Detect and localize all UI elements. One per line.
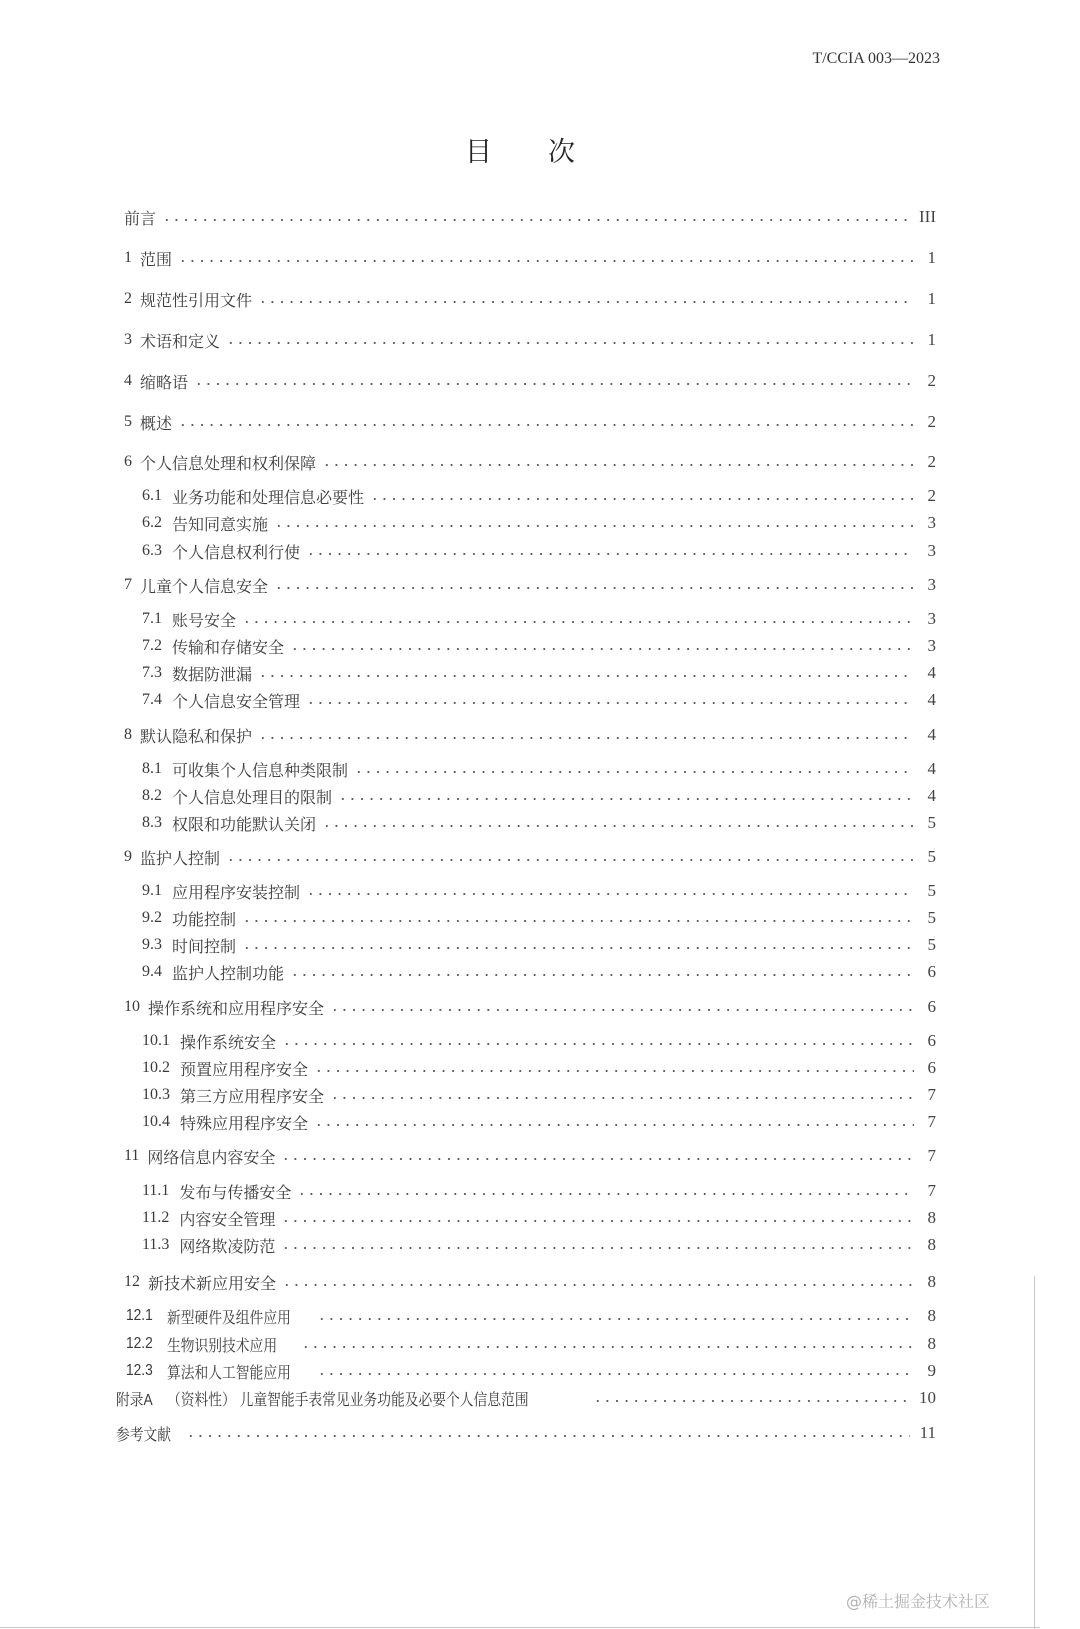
dot-leader xyxy=(186,1435,910,1437)
toc-entry[interactable]: 8.1可收集个人信息种类限制4 xyxy=(142,757,936,781)
toc-entry[interactable]: 8.3权限和功能默认关闭5 xyxy=(142,811,936,835)
dot-leader xyxy=(178,260,914,262)
toc-entry-label: 传输和存储安全 xyxy=(172,635,284,658)
toc-entry-number: 10.4 xyxy=(142,1113,170,1131)
toc-entry-number: 12.3 xyxy=(126,1362,153,1380)
toc-entry-label: 预置应用程序安全 xyxy=(180,1057,308,1080)
divider xyxy=(1034,1276,1035,1629)
toc-entry[interactable]: 11网络信息内容安全7 xyxy=(124,1144,936,1168)
dot-leader xyxy=(370,498,914,500)
dot-leader xyxy=(306,553,914,555)
document-page: T/CCIA 003—2023 目次 前言III1范围12规范性引用文件13术语… xyxy=(0,0,1040,1629)
toc-entry[interactable]: 9.3时间控制5 xyxy=(142,933,936,957)
dot-leader xyxy=(281,1158,914,1160)
toc-entry-number: 10 xyxy=(124,998,140,1016)
toc-entry-page: 5 xyxy=(924,813,936,833)
toc-entry-page: 6 xyxy=(924,1058,936,1078)
toc-entry-page: 6 xyxy=(924,1031,936,1051)
toc-entry-number: 10.2 xyxy=(142,1059,170,1077)
dot-leader xyxy=(290,648,914,650)
toc-entry[interactable]: 10.4特殊应用程序安全7 xyxy=(142,1110,936,1134)
toc-entry-number: 附录A xyxy=(116,1387,153,1410)
toc-entry-label: 数据防泄漏 xyxy=(172,662,252,685)
dot-leader xyxy=(322,825,914,827)
toc-entry-page: 2 xyxy=(924,412,936,432)
toc-entry[interactable]: 11.2内容安全管理8 xyxy=(142,1206,936,1230)
dot-leader xyxy=(226,342,914,344)
toc-entry-label: 参考文献 xyxy=(116,1422,171,1445)
toc-entry[interactable]: 5概述2 xyxy=(124,410,936,434)
dot-leader xyxy=(274,587,914,589)
toc-entry[interactable]: 1范围1 xyxy=(124,246,936,270)
toc-entry-label: 前言 xyxy=(124,206,156,229)
toc-entry-label: 新技术新应用安全 xyxy=(148,1271,276,1294)
toc-entry-label: 个人信息处理目的限制 xyxy=(172,785,332,808)
toc-entry-page: 7 xyxy=(924,1085,936,1105)
toc-entry-number: 9.1 xyxy=(142,882,162,900)
dot-leader xyxy=(301,1346,914,1348)
dot-leader xyxy=(258,301,914,303)
toc-entry-label: 应用程序安装控制 xyxy=(172,880,300,903)
toc-entry[interactable]: 6.1业务功能和处理信息必要性2 xyxy=(142,484,936,508)
toc-entry-page: 7 xyxy=(924,1181,936,1201)
toc-entry[interactable]: 7.4个人信息安全管理4 xyxy=(142,688,936,712)
toc-entry-page: 4 xyxy=(924,725,936,745)
toc-entry-page: 8 xyxy=(924,1235,936,1255)
watermark: @稀土掘金技术社区 xyxy=(846,1589,990,1612)
toc-entry-label: 可收集个人信息种类限制 xyxy=(172,758,348,781)
toc-entry-page: 5 xyxy=(924,935,936,955)
toc-entry-label: 算法和人工智能应用 xyxy=(167,1360,291,1383)
dot-leader xyxy=(290,974,914,976)
toc-entry-page: 3 xyxy=(924,513,936,533)
dot-leader xyxy=(322,464,914,466)
dot-leader xyxy=(162,219,909,221)
toc-entry-label: 网络欺凌防范 xyxy=(179,1234,275,1257)
toc-entry[interactable]: 9.1应用程序安装控制5 xyxy=(142,879,936,903)
toc-entry-page: 7 xyxy=(924,1112,936,1132)
toc-entry[interactable]: 参考文献11 xyxy=(116,1421,936,1445)
dot-leader xyxy=(242,947,914,949)
toc-entry-number: 1 xyxy=(124,249,132,267)
dot-leader xyxy=(593,1400,909,1402)
toc-entry-number: 11.2 xyxy=(142,1209,169,1227)
dot-leader xyxy=(306,893,914,895)
toc-entry-page: III xyxy=(919,207,936,227)
toc-entry-page: 8 xyxy=(924,1208,936,1228)
toc-entry-number: 12.1 xyxy=(126,1307,153,1325)
toc-entry-number: 8.1 xyxy=(142,760,162,778)
toc-entry-number: 7.4 xyxy=(142,691,162,709)
toc-entry-page: 8 xyxy=(924,1306,936,1326)
toc-entry-page: 2 xyxy=(924,452,936,472)
toc-entry-page: 2 xyxy=(924,371,936,391)
toc-entry-number: 9.2 xyxy=(142,909,162,927)
dot-leader xyxy=(226,859,914,861)
toc-entry-page: 8 xyxy=(924,1272,936,1292)
toc-entry[interactable]: 6个人信息处理和权利保障2 xyxy=(124,450,936,474)
toc-entry-label: 时间控制 xyxy=(172,934,236,957)
toc-entry-label: 网络信息内容安全 xyxy=(147,1145,275,1168)
toc-entry[interactable]: 12新技术新应用安全8 xyxy=(124,1270,936,1294)
dot-leader xyxy=(317,1318,914,1320)
dot-leader xyxy=(258,675,914,677)
toc-entry-page: 3 xyxy=(924,636,936,656)
toc-entry-label: 个人信息权利行使 xyxy=(172,540,300,563)
toc-entry-label: 第三方应用程序安全 xyxy=(180,1084,324,1107)
toc-entry-number: 6.3 xyxy=(142,542,162,560)
toc-entry[interactable]: 10.2预置应用程序安全6 xyxy=(142,1056,936,1080)
toc-entry-label: 内容安全管理 xyxy=(179,1207,275,1230)
toc-entry-page: 4 xyxy=(924,759,936,779)
toc-entry-page: 6 xyxy=(924,997,936,1017)
toc-entry-label: 范围 xyxy=(140,247,172,270)
toc-entry-number: 3 xyxy=(124,331,132,349)
toc-entry-page: 10 xyxy=(919,1388,936,1408)
toc-entry[interactable]: 7.2传输和存储安全3 xyxy=(142,634,936,658)
toc-entry-number: 8 xyxy=(124,726,132,744)
toc-entry-page: 5 xyxy=(924,908,936,928)
toc-entry-page: 6 xyxy=(924,962,936,982)
toc-entry-label: 儿童个人信息安全 xyxy=(140,574,268,597)
toc-entry-number: 7 xyxy=(124,576,132,594)
dot-leader xyxy=(338,798,914,800)
toc-entry-number: 12.2 xyxy=(126,1335,153,1353)
toc-entry-label: 操作系统和应用程序安全 xyxy=(148,996,324,1019)
toc-entry-number: 5 xyxy=(124,413,132,431)
dot-leader xyxy=(281,1247,914,1249)
toc-entry-number: 7.2 xyxy=(142,637,162,655)
toc-entry[interactable]: 4缩略语2 xyxy=(124,369,936,393)
toc-entry-page: 2 xyxy=(924,486,936,506)
toc-entry-number: 2 xyxy=(124,290,132,308)
dot-leader xyxy=(306,702,914,704)
toc-entry-page: 8 xyxy=(924,1334,936,1354)
toc-entry[interactable]: 9.2功能控制5 xyxy=(142,906,936,930)
toc-entry-label: 功能控制 xyxy=(172,907,236,930)
toc-entry-number: 8.3 xyxy=(142,814,162,832)
toc-entry[interactable]: 7.1账号安全3 xyxy=(142,607,936,631)
toc-entry-label: 监护人控制功能 xyxy=(172,961,284,984)
toc-entry[interactable]: 7儿童个人信息安全3 xyxy=(124,573,936,597)
toc-entry-label: 业务功能和处理信息必要性 xyxy=(172,485,364,508)
dot-leader xyxy=(354,771,914,773)
toc-entry[interactable]: 12.2生物识别技术应用8 xyxy=(126,1332,936,1356)
dot-leader xyxy=(297,1193,914,1195)
toc-entry-number: 9.4 xyxy=(142,963,162,981)
toc-entry-number: 10.1 xyxy=(142,1032,170,1050)
toc-entry[interactable]: 12.1新型硬件及组件应用8 xyxy=(126,1304,936,1328)
toc-entry-label: 个人信息安全管理 xyxy=(172,689,300,712)
toc-entry-page: 4 xyxy=(924,690,936,710)
toc-entry-label: 生物识别技术应用 xyxy=(167,1333,277,1356)
dot-leader xyxy=(258,737,914,739)
toc-entry[interactable]: 11.1发布与传播安全7 xyxy=(142,1179,936,1203)
toc-entry[interactable]: 7.3数据防泄漏4 xyxy=(142,661,936,685)
toc-entry-label: 默认隐私和保护 xyxy=(140,724,252,747)
table-of-contents: 前言III1范围12规范性引用文件13术语和定义14缩略语25概述26个人信息处… xyxy=(0,0,1040,1629)
divider xyxy=(0,1627,1040,1628)
toc-entry-label: 新型硬件及组件应用 xyxy=(167,1305,291,1328)
toc-entry-label: 告知同意实施 xyxy=(172,512,268,535)
dot-leader xyxy=(330,1009,914,1011)
toc-entry-page: 9 xyxy=(924,1361,936,1381)
toc-entry-page: 4 xyxy=(924,786,936,806)
toc-entry-number: 11.1 xyxy=(142,1182,169,1200)
dot-leader xyxy=(242,621,914,623)
toc-entry[interactable]: 附录A（资料性） 儿童智能手表常见业务功能及必要个人信息范围10 xyxy=(116,1386,936,1410)
toc-entry[interactable]: 6.3个人信息权利行使3 xyxy=(142,539,936,563)
toc-entry[interactable]: 8默认隐私和保护4 xyxy=(124,723,936,747)
dot-leader xyxy=(330,1097,914,1099)
toc-entry-page: 3 xyxy=(924,609,936,629)
toc-entry-label: 规范性引用文件 xyxy=(140,288,252,311)
toc-entry-page: 5 xyxy=(924,881,936,901)
toc-entry-page: 5 xyxy=(924,847,936,867)
toc-entry[interactable]: 8.2个人信息处理目的限制4 xyxy=(142,784,936,808)
dot-leader xyxy=(274,525,914,527)
toc-entry[interactable]: 10操作系统和应用程序安全6 xyxy=(124,995,936,1019)
toc-entry[interactable]: 6.2告知同意实施3 xyxy=(142,511,936,535)
toc-entry-page: 3 xyxy=(924,541,936,561)
toc-entry-number: 9 xyxy=(124,848,132,866)
toc-entry[interactable]: 3术语和定义1 xyxy=(124,328,936,352)
toc-entry-number: 8.2 xyxy=(142,787,162,805)
dot-leader xyxy=(282,1043,914,1045)
toc-entry-page: 1 xyxy=(924,248,936,268)
dot-leader xyxy=(194,383,914,385)
toc-entry-label: 监护人控制 xyxy=(140,846,220,869)
dot-leader xyxy=(282,1284,914,1286)
toc-entry[interactable]: 10.1操作系统安全6 xyxy=(142,1029,936,1053)
toc-entry[interactable]: 11.3网络欺凌防范8 xyxy=(142,1233,936,1257)
toc-entry-label: 权限和功能默认关闭 xyxy=(172,812,316,835)
toc-entry-number: 6.1 xyxy=(142,487,162,505)
toc-entry-label: 操作系统安全 xyxy=(180,1030,276,1053)
toc-entry-label: 特殊应用程序安全 xyxy=(180,1111,308,1134)
dot-leader xyxy=(317,1373,914,1375)
toc-entry-label: 概述 xyxy=(140,411,172,434)
dot-leader xyxy=(242,920,914,922)
toc-entry[interactable]: 9.4监护人控制功能6 xyxy=(142,960,936,984)
toc-entry[interactable]: 前言III xyxy=(124,205,936,229)
toc-entry-number: 12 xyxy=(124,1273,140,1291)
dot-leader xyxy=(314,1070,914,1072)
toc-entry-number: 7.1 xyxy=(142,610,162,628)
toc-entry-number: 9.3 xyxy=(142,936,162,954)
toc-entry-number: 7.3 xyxy=(142,664,162,682)
dot-leader xyxy=(178,424,914,426)
toc-entry-page: 11 xyxy=(920,1423,936,1443)
toc-entry[interactable]: 12.3算法和人工智能应用9 xyxy=(126,1359,936,1383)
toc-entry-number: 6.2 xyxy=(142,514,162,532)
toc-entry-number: 4 xyxy=(124,372,132,390)
dot-leader xyxy=(281,1220,914,1222)
toc-entry-label: （资料性） 儿童智能手表常见业务功能及必要个人信息范围 xyxy=(167,1387,529,1410)
toc-entry-label: 账号安全 xyxy=(172,608,236,631)
toc-entry-page: 1 xyxy=(924,330,936,350)
toc-entry-number: 11 xyxy=(124,1147,139,1165)
dot-leader xyxy=(314,1124,914,1126)
toc-entry[interactable]: 2规范性引用文件1 xyxy=(124,287,936,311)
toc-entry-label: 术语和定义 xyxy=(140,329,220,352)
toc-entry-page: 1 xyxy=(924,289,936,309)
toc-entry-number: 6 xyxy=(124,453,132,471)
toc-entry-number: 10.3 xyxy=(142,1086,170,1104)
toc-entry-page: 4 xyxy=(924,663,936,683)
toc-entry-label: 个人信息处理和权利保障 xyxy=(140,451,316,474)
toc-entry-page: 3 xyxy=(924,575,936,595)
toc-entry[interactable]: 10.3第三方应用程序安全7 xyxy=(142,1083,936,1107)
toc-entry-number: 11.3 xyxy=(142,1236,169,1254)
toc-entry-label: 缩略语 xyxy=(140,370,188,393)
toc-entry-label: 发布与传播安全 xyxy=(179,1180,291,1203)
toc-entry[interactable]: 9监护人控制5 xyxy=(124,845,936,869)
toc-entry-page: 7 xyxy=(924,1146,936,1166)
